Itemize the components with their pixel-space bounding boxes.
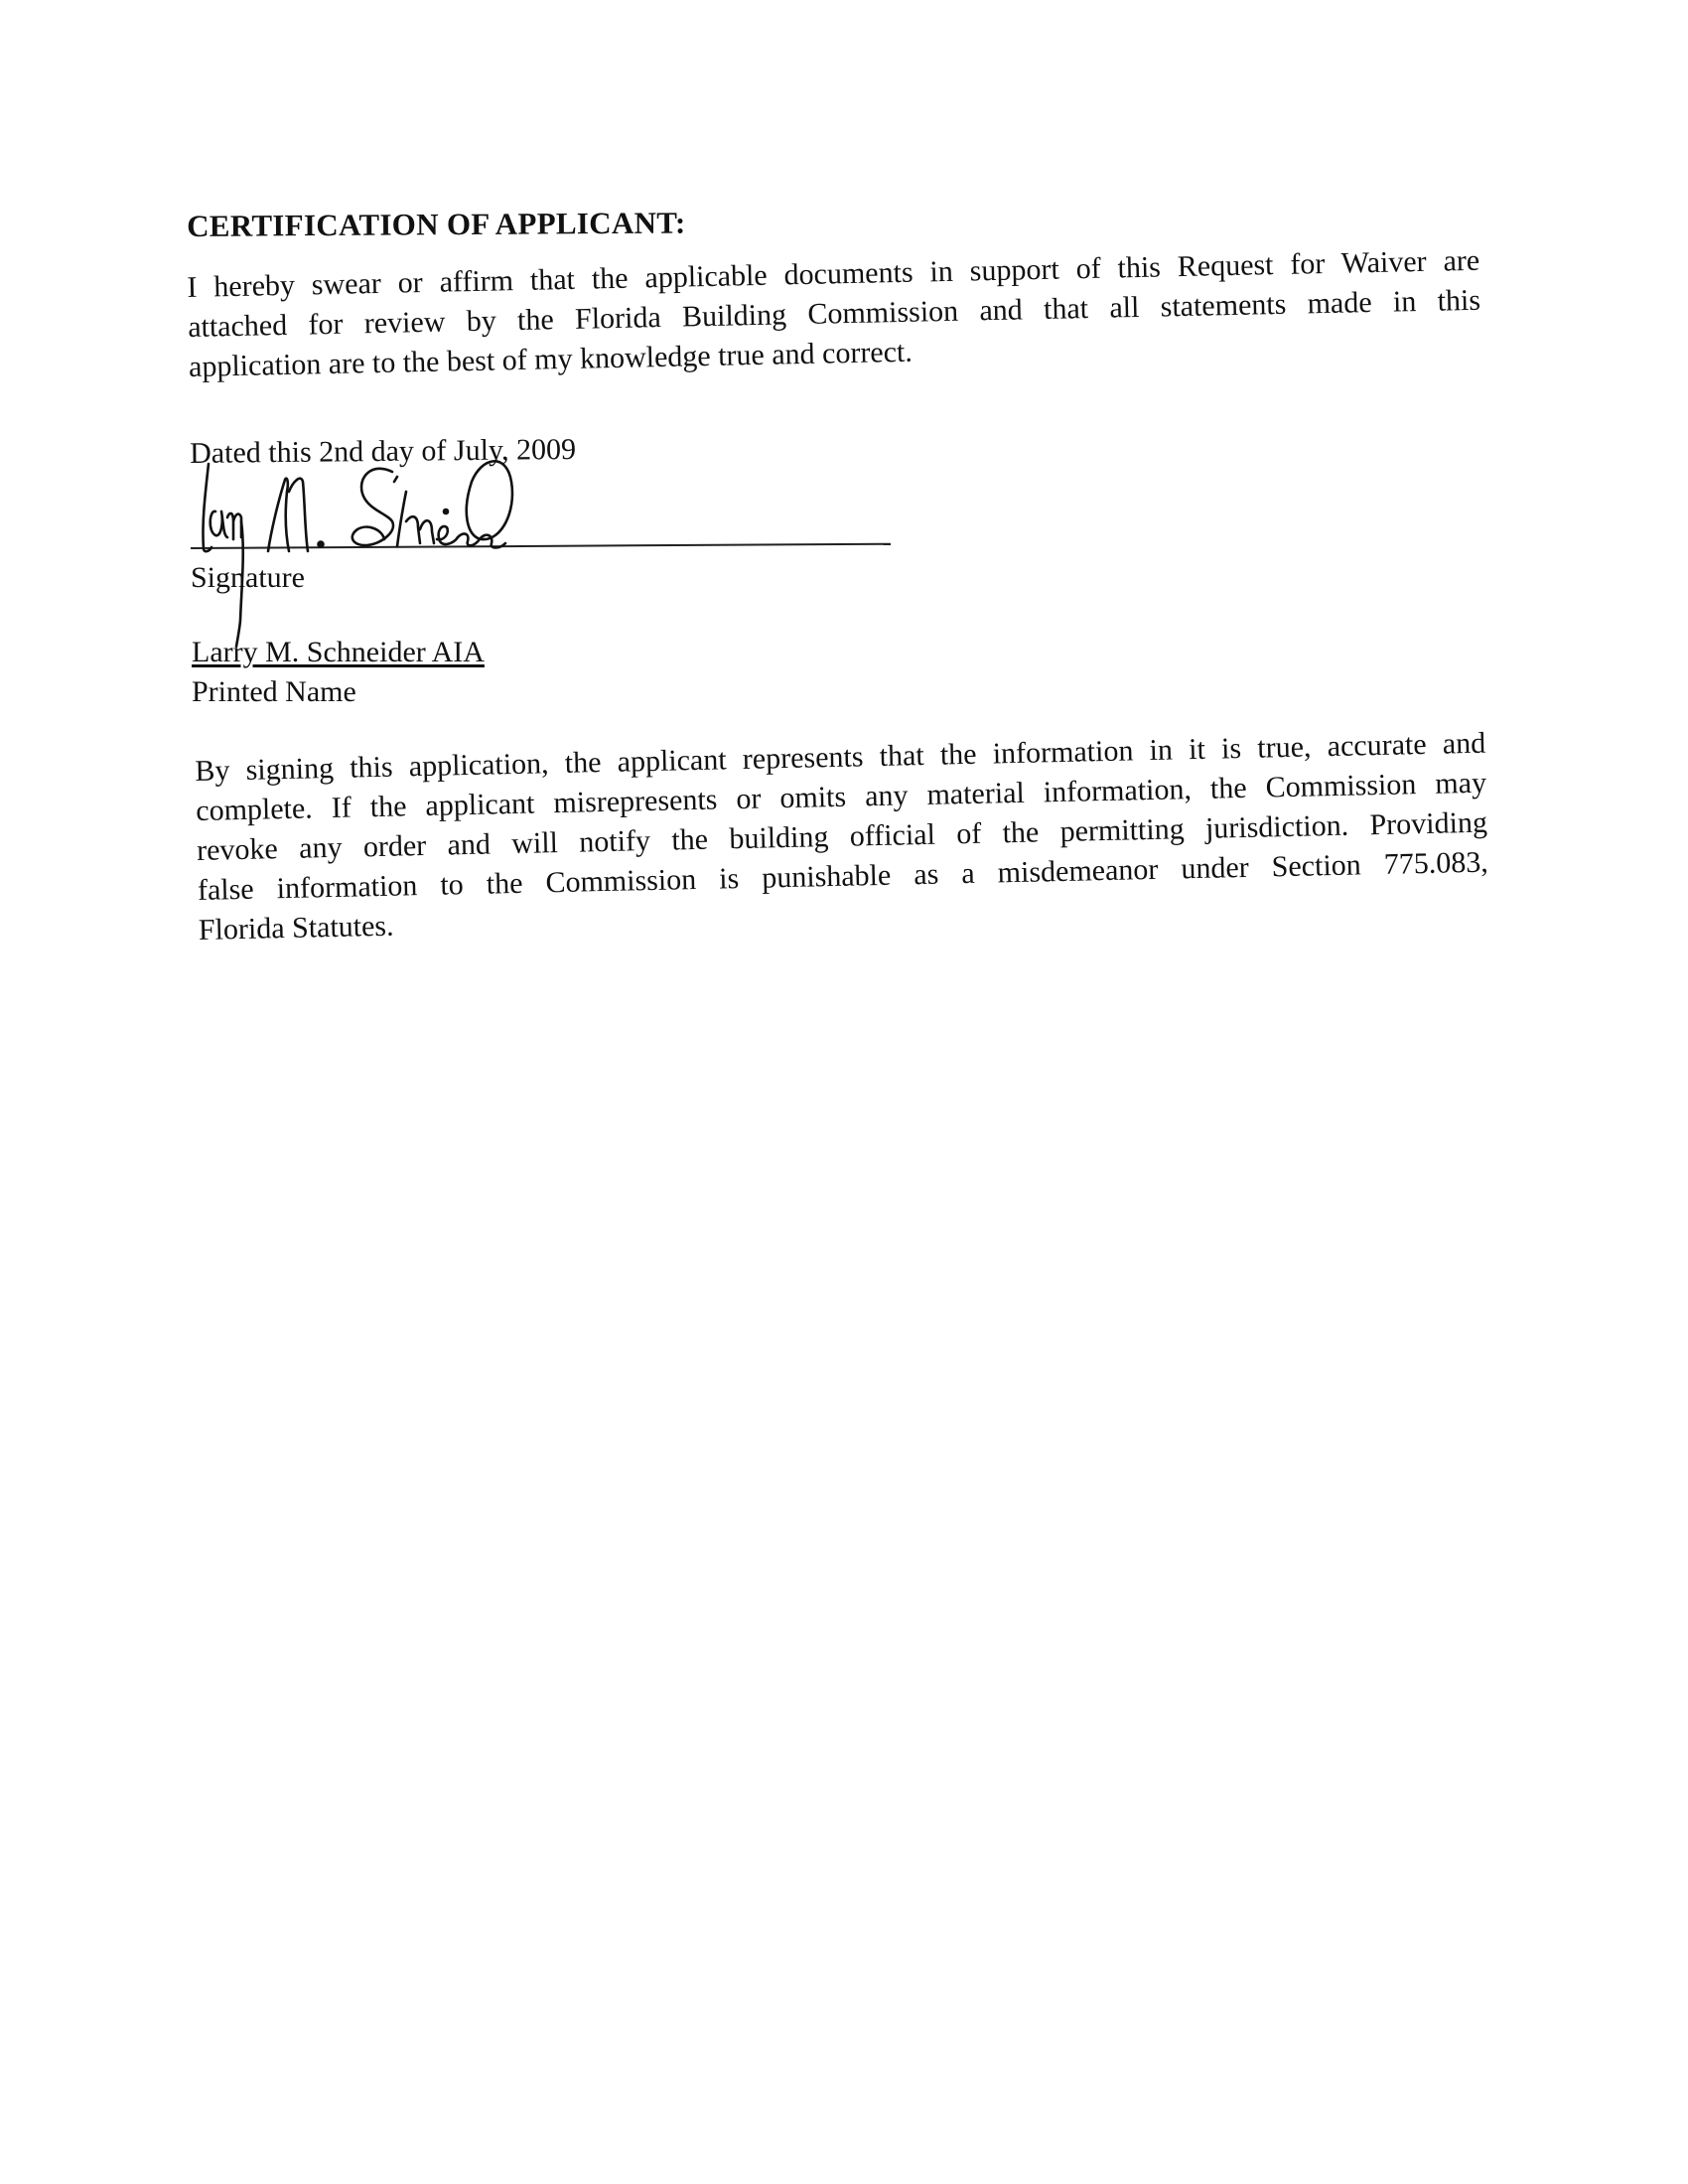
handwritten-signature bbox=[194, 452, 591, 651]
disclaimer-paragraph: By signing this application, the applica… bbox=[195, 724, 1489, 950]
printed-name-label: Printed Name bbox=[192, 675, 356, 709]
document-page: CERTIFICATION OF APPLICANT: I hereby swe… bbox=[0, 0, 1688, 2184]
printed-name-value: Larry M. Schneider AIA bbox=[192, 636, 485, 669]
page-title: CERTIFICATION OF APPLICANT: bbox=[187, 205, 686, 244]
signature-label: Signature bbox=[191, 561, 305, 595]
certification-paragraph: I hereby swear or affirm that the applic… bbox=[187, 241, 1481, 387]
